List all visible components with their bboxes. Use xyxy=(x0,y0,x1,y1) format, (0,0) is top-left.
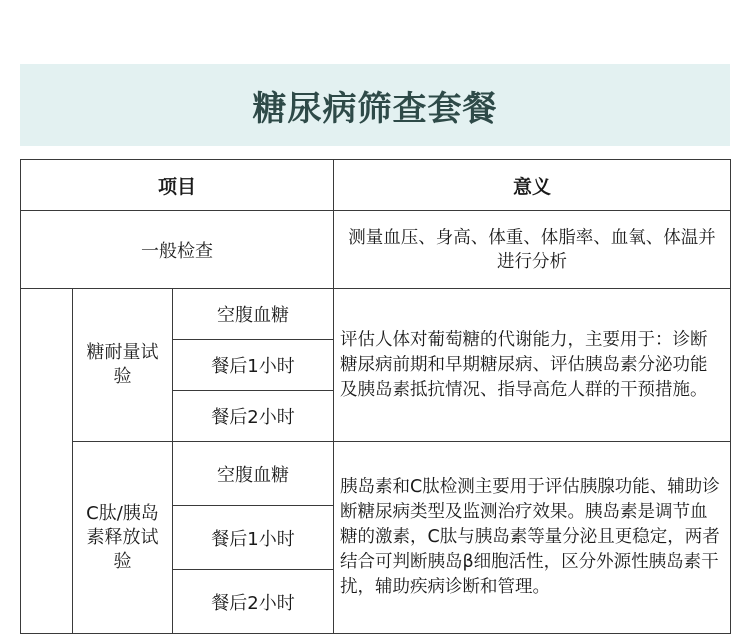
group-meaning: 胰岛素和C肽检测主要用于评估胰腺功能、辅助诊断糖尿病类型及监测治疗效果。胰岛素是… xyxy=(334,442,731,634)
table-row-general: 一般检查 测量血压、身高、体重、体脂率、血氧、体温并进行分析 xyxy=(21,211,731,289)
test-name: 餐后1小时 xyxy=(173,506,334,570)
general-meaning: 测量血压、身高、体重、体脂率、血氧、体温并进行分析 xyxy=(334,211,731,289)
table-row: C肽/胰岛素释放试验 空腹血糖 胰岛素和C肽检测主要用于评估胰腺功能、辅助诊断糖… xyxy=(21,442,731,506)
test-name: 餐后2小时 xyxy=(173,570,334,634)
test-name: 餐后2小时 xyxy=(173,391,334,442)
header-meaning: 意义 xyxy=(334,160,731,211)
title-banner: 糖尿病筛查套餐 xyxy=(20,64,730,146)
group-meaning: 评估人体对葡萄糖的代谢能力，主要用于：诊断糖尿病前期和早期糖尿病、评估胰岛素分泌… xyxy=(334,289,731,442)
header-item: 项目 xyxy=(21,160,334,211)
group-name: C肽/胰岛素释放试验 xyxy=(73,442,173,634)
general-item: 一般检查 xyxy=(21,211,334,289)
table-header-row: 项目 意义 xyxy=(21,160,731,211)
page-title: 糖尿病筛查套餐 xyxy=(253,81,498,130)
screening-table: 项目 意义 一般检查 测量血压、身高、体重、体脂率、血氧、体温并进行分析 糖耐量… xyxy=(20,159,731,634)
table-row: 糖耐量试验 空腹血糖 评估人体对葡萄糖的代谢能力，主要用于：诊断糖尿病前期和早期… xyxy=(21,289,731,340)
test-name: 空腹血糖 xyxy=(173,289,334,340)
test-name: 空腹血糖 xyxy=(173,442,334,506)
empty-category-cell xyxy=(21,289,73,634)
test-name: 餐后1小时 xyxy=(173,340,334,391)
group-name: 糖耐量试验 xyxy=(73,289,173,442)
